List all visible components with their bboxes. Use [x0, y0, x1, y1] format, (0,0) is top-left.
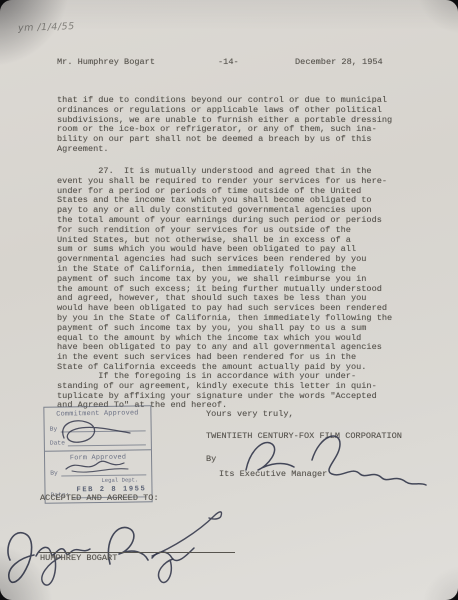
acceptance-heading: ACCEPTED AND AGREED TO: [40, 494, 159, 504]
closing-by-label: By [206, 455, 216, 465]
commitment-by-label: By [50, 426, 58, 433]
paragraph-clause-continuation: that if due to conditions beyond our con… [57, 96, 392, 155]
paragraph-clause-27: 27. It is mutually understood and agreed… [57, 167, 392, 373]
letter-page: ym /1/4/55 Mr. Humphrey Bogart -14- Dece… [0, 0, 458, 600]
page-number: -14- [218, 58, 239, 68]
company-name: TWENTIETH CENTURY-FOX FILM CORPORATION [206, 432, 402, 442]
commitment-date-label: Date [50, 439, 65, 446]
form-by-row: By [50, 467, 146, 476]
commitment-approved-title: Commitment Approved [49, 409, 145, 418]
letter-date: December 28, 1954 [295, 58, 383, 68]
form-by-label: By [50, 470, 58, 477]
approval-stamp-box: Commitment Approved By Date Form Approve… [43, 405, 152, 503]
accepted-signer-name: HUMPHREY BOGART [40, 554, 117, 564]
commitment-date-line [68, 437, 146, 446]
signer-title: Its Executive Manager [219, 470, 327, 480]
form-by-line [61, 467, 147, 476]
valediction: Yours very truly, [206, 410, 294, 420]
commitment-date-row: Date [50, 437, 146, 446]
legal-dept-label: Legal Dept. [50, 476, 146, 484]
form-approved-title: Form Approved [50, 453, 146, 462]
recipient-name: Mr. Humphrey Bogart [57, 58, 155, 68]
handwritten-filing-note: ym /1/4/55 [18, 21, 75, 34]
commitment-by-row: By [50, 423, 146, 432]
bogart-signature [2, 498, 240, 592]
commitment-approved-section: Commitment Approved By Date [44, 406, 151, 450]
commitment-by-line [60, 423, 146, 432]
